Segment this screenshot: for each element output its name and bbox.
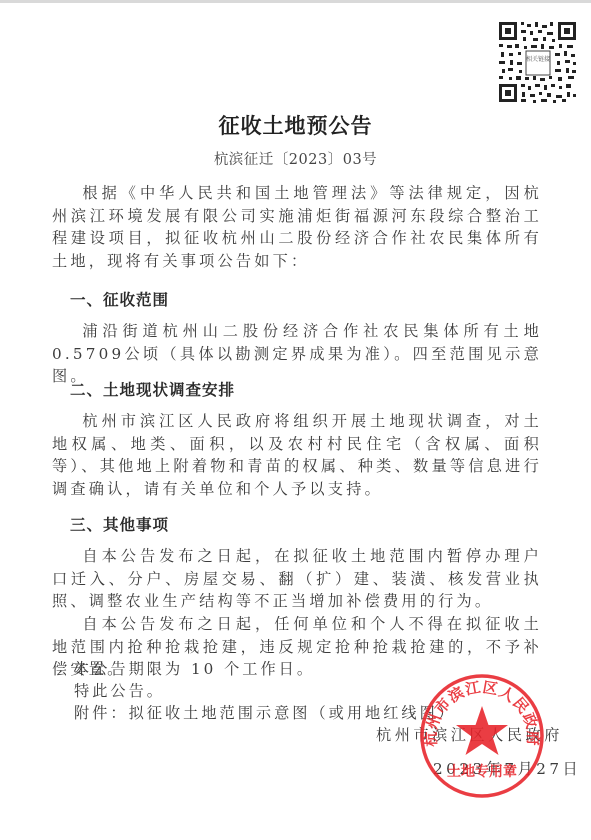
qr-code-icon: 相关链接 xyxy=(497,18,578,104)
page-title: 征收土地预公告 xyxy=(0,110,591,140)
section-heading-survey: 二、土地现状调查安排 xyxy=(70,378,235,400)
top-border xyxy=(0,0,591,3)
section-body-other-1: 自本公告发布之日起，在拟征收土地范围内暂停办理户口迁入、分户、房屋交易、翻（扩）… xyxy=(52,545,542,613)
attachment-text: 附件：拟征收土地范围示意图（或用地红线图） xyxy=(74,702,456,725)
svg-text:土地专用章: 土地专用章 xyxy=(447,763,517,780)
official-seal-icon: 杭州市滨江区人民政府 土地专用章 xyxy=(418,672,546,800)
qr-code: 相关链接 xyxy=(497,18,578,104)
document-number: 杭滨征迁〔2023〕03号 xyxy=(0,148,591,169)
closing-text: 特此公告。 xyxy=(74,680,165,703)
period-note: 本公告期限为 10 个工作日。 xyxy=(74,658,315,681)
intro-paragraph: 根据《中华人民共和国土地管理法》等法律规定，因杭州滨江环境发展有限公司实施浦炬街… xyxy=(52,182,542,272)
section-heading-scope: 一、征收范围 xyxy=(70,288,169,310)
section-body-survey: 杭州市滨江区人民政府将组织开展土地现状调查，对土地权属、地类、面积，以及农村村民… xyxy=(52,410,542,500)
svg-text:相关链接: 相关链接 xyxy=(526,55,550,63)
section-heading-other: 三、其他事项 xyxy=(70,513,169,535)
